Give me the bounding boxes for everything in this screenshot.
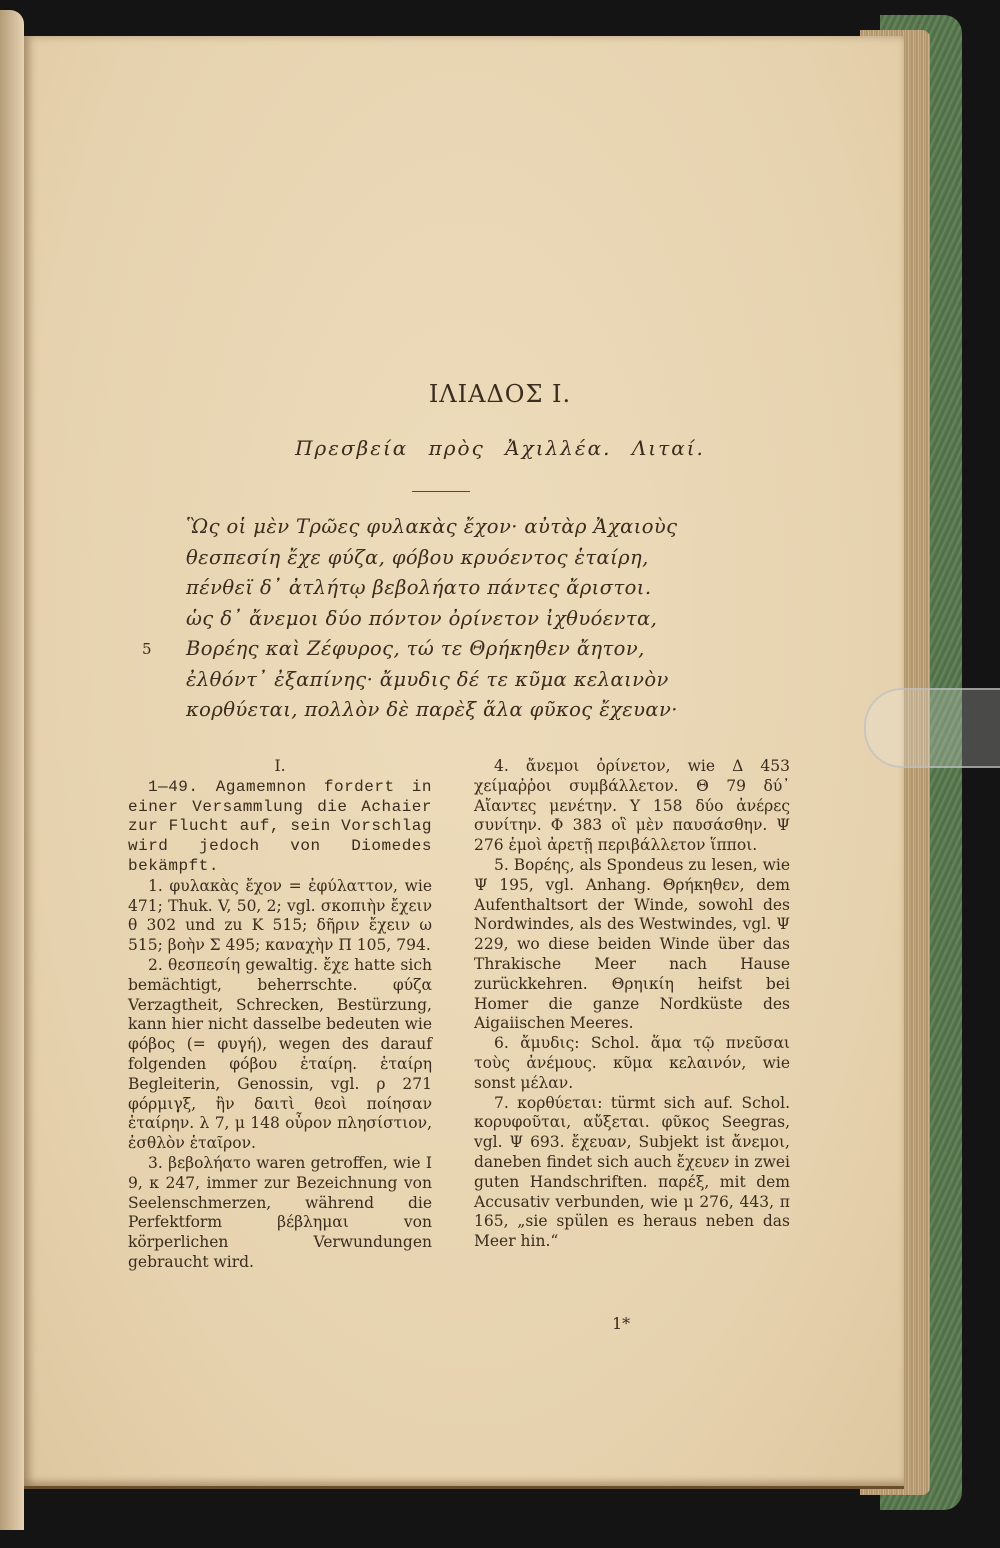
facing-page-edge xyxy=(0,10,24,1530)
commentary-note: 4. ἄνεμοι ὀρίνετον, wie Δ 453 χείμαῤῥοι … xyxy=(474,757,790,856)
verse-text: κορθύεται, πολλὸν δὲ παρὲξ ἅλα φῦκος ἔχε… xyxy=(186,698,678,721)
verse-number: 5 xyxy=(142,634,152,665)
title-divider xyxy=(412,491,470,492)
commentary-note: 6. ἄμυδις: Schol. ἅμα τῷ πνεῦσαι τοὺς ἀν… xyxy=(474,1034,790,1093)
verse-text: ἐλθόντ᾽ ἐξαπίνης· ἄμυδις δέ τε κῦμα κελα… xyxy=(186,668,669,691)
commentary-section-heading: I. xyxy=(128,757,432,777)
commentary-left-column: I. 1—49. Agamemnon fordert in einer Vers… xyxy=(128,757,432,1273)
commentary-note: 1. φυλακὰς ἔχον = ἐφύλαττον, wie 471; Th… xyxy=(128,877,432,956)
verse-line: κορθύεται, πολλὸν δὲ παρὲξ ἅλα φῦκος ἔχε… xyxy=(186,695,746,726)
verse-line: θεσπεσίη ἔχε φύζα, φόβου κρυόεντος ἑταίρ… xyxy=(186,543,746,574)
verse-text: Βορέης καὶ Ζέφυρος, τώ τε Θρήκηθεν ἄητον… xyxy=(186,637,645,660)
verse-line: ἐλθόντ᾽ ἐξαπίνης· ἄμυδις δέ τε κῦμα κελα… xyxy=(186,665,746,696)
verse-line: Ὣς οἱ μὲν Τρῶες φυλακὰς ἔχον· αὐτὰρ Ἀχαι… xyxy=(186,512,746,543)
verse-text: θεσπεσίη ἔχε φύζα, φόβου κρυόεντος ἑταίρ… xyxy=(186,546,649,569)
commentary-note: 3. βεβολήατο waren getroffen, wie I 9, κ… xyxy=(128,1154,432,1273)
verse-line: 5Βορέης καὶ Ζέφυρος, τώ τε Θρήκηθεν ἄητο… xyxy=(186,634,746,665)
commentary-right-column: 4. ἄνεμοι ὀρίνετον, wie Δ 453 χείμαῤῥοι … xyxy=(474,757,790,1252)
verse-line: πένθεϊ δ᾽ ἀτλήτῳ βεβολήατο πάντες ἄριστο… xyxy=(186,573,746,604)
verse-text: Ὣς οἱ μὲν Τρῶες φυλακὰς ἔχον· αὐτὰρ Ἀχαι… xyxy=(186,515,677,538)
verse-text: ὡς δ᾽ ἄνεμοι δύο πόντον ὀρίνετον ἰχθυόεν… xyxy=(186,607,657,630)
commentary-note: 5. Βορέης, als Spondeus zu lesen, wie Ψ … xyxy=(474,856,790,1034)
commentary-note: 7. κορθύεται: türmt sich auf. Schol. κορ… xyxy=(474,1094,790,1252)
page-number: 1* xyxy=(612,1314,630,1333)
page-subtitle: Πρεσβεία πρὸς Ἀχιλλέα. Λιταί. xyxy=(0,436,1000,460)
page-title: ΙΛΙΑΔΟΣ Ι. xyxy=(0,380,1000,408)
commentary-note: 2. θεσπεσίη gewaltig. ἔχε hatte sich bem… xyxy=(128,956,432,1154)
commentary-summary: 1—49. Agamemnon fordert in einer Versamm… xyxy=(128,778,432,877)
page-clip xyxy=(864,688,1000,768)
verse-block: Ὣς οἱ μὲν Τρῶες φυλακὰς ἔχον· αὐτὰρ Ἀχαι… xyxy=(186,512,746,726)
verse-text: πένθεϊ δ᾽ ἀτλήτῳ βεβολήατο πάντες ἄριστο… xyxy=(186,576,651,599)
verse-line: ὡς δ᾽ ἄνεμοι δύο πόντον ὀρίνετον ἰχθυόεν… xyxy=(186,604,746,635)
